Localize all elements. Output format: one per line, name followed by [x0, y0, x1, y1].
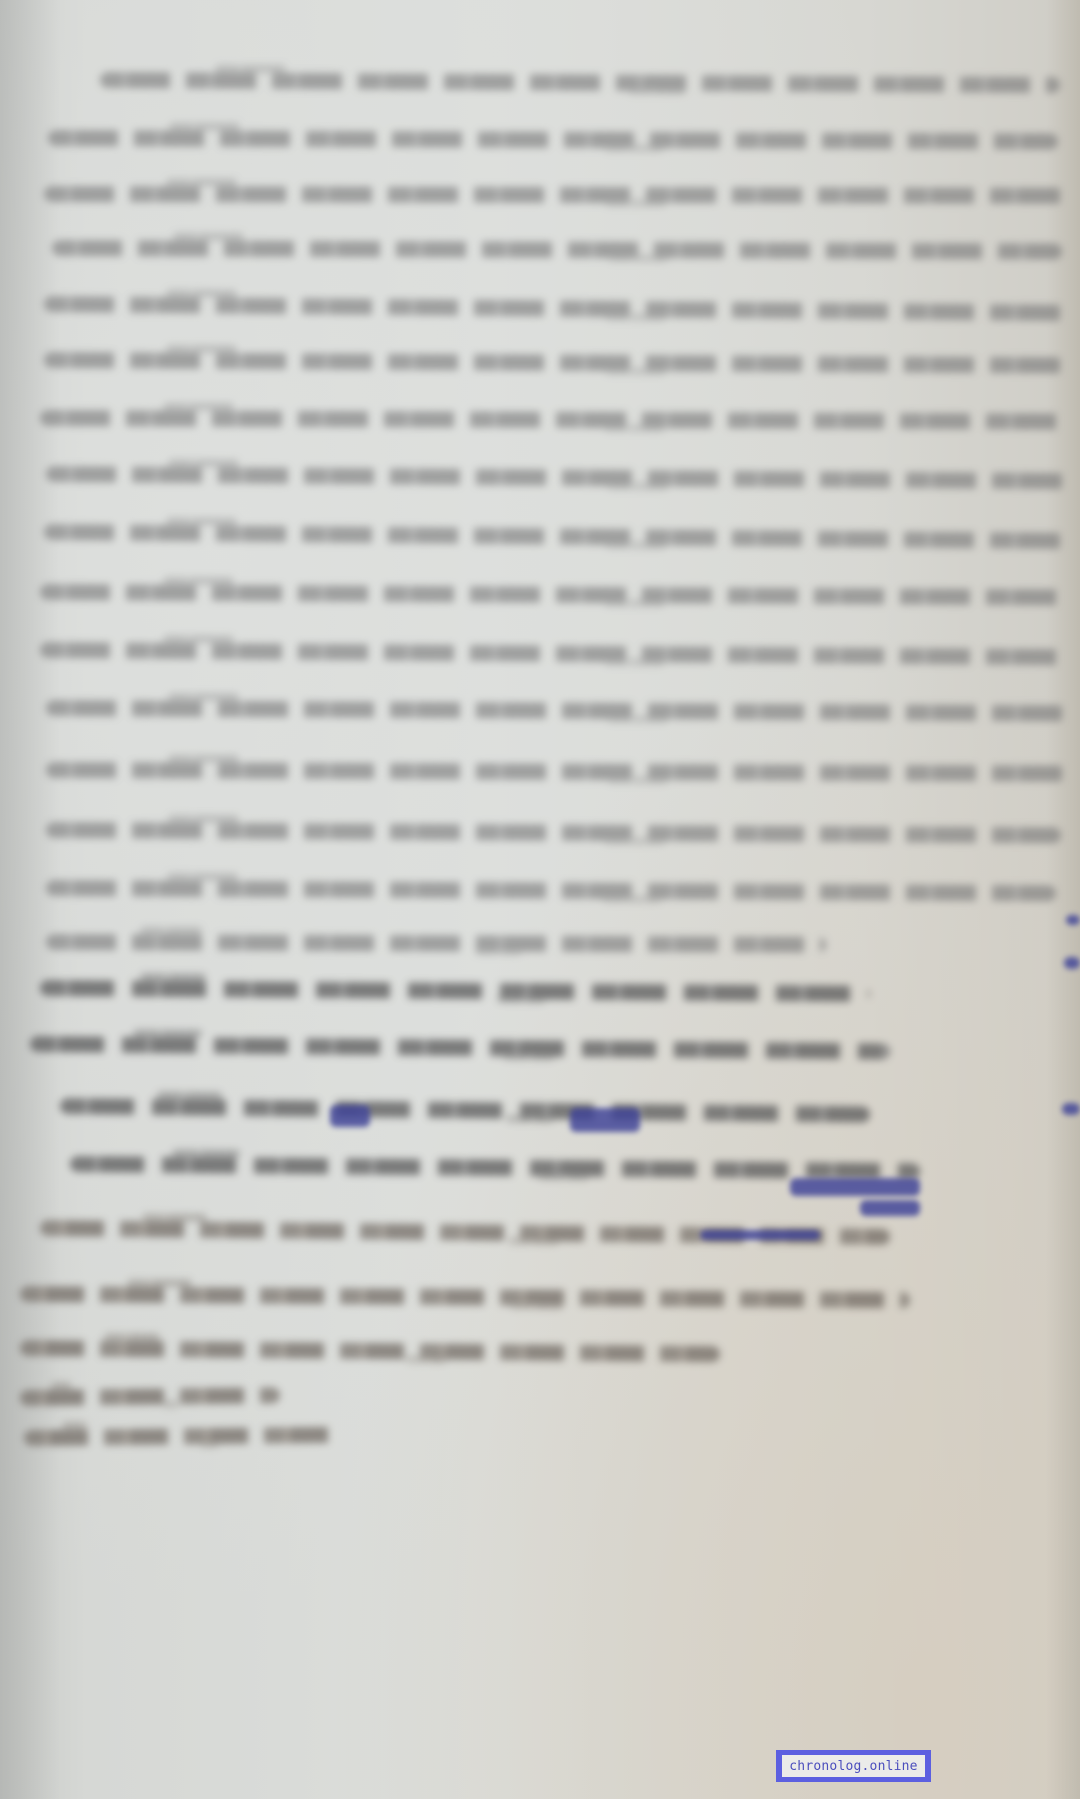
handwritten-line: [52, 240, 1062, 260]
signature-line: [30, 1036, 890, 1060]
handwritten-line: [40, 584, 1065, 605]
note-line: [24, 1427, 344, 1446]
handwritten-line: [100, 72, 1060, 93]
note-line: [20, 1387, 280, 1406]
blue-ink-mark: [1062, 1103, 1080, 1115]
watermark-link[interactable]: chronolog.online: [776, 1750, 931, 1782]
handwritten-line: [44, 296, 1064, 321]
page-shadow: [0, 0, 60, 1799]
blue-ink-mark: [790, 1178, 920, 1196]
document-page: chronolog.online: [0, 0, 1080, 1799]
signature-line: [60, 1098, 870, 1122]
blue-ink-mark: [1066, 915, 1080, 925]
watermark-text: chronolog.online: [782, 1755, 925, 1777]
signature-line: [70, 1156, 920, 1179]
signature-line: [40, 980, 870, 1002]
note-line: [20, 1286, 910, 1308]
handwritten-line: [46, 762, 1066, 782]
handwritten-line: [46, 822, 1061, 843]
blue-ink-mark: [860, 1200, 920, 1216]
handwritten-line: [46, 466, 1066, 489]
handwritten-line: [46, 880, 1056, 901]
handwritten-line: [46, 700, 1066, 721]
handwritten-line: [46, 934, 826, 953]
blue-ink-mark: [330, 1105, 370, 1127]
handwritten-line: [40, 642, 1065, 665]
blue-ink-mark: [570, 1108, 640, 1132]
blue-ink-mark: [1064, 957, 1080, 969]
note-line: [20, 1340, 720, 1362]
handwritten-line: [48, 130, 1058, 150]
handwritten-line: [44, 186, 1064, 204]
blue-ink-mark: [700, 1230, 820, 1240]
handwritten-line: [40, 410, 1065, 430]
handwritten-line: [44, 524, 1064, 549]
handwritten-line: [44, 352, 1064, 373]
